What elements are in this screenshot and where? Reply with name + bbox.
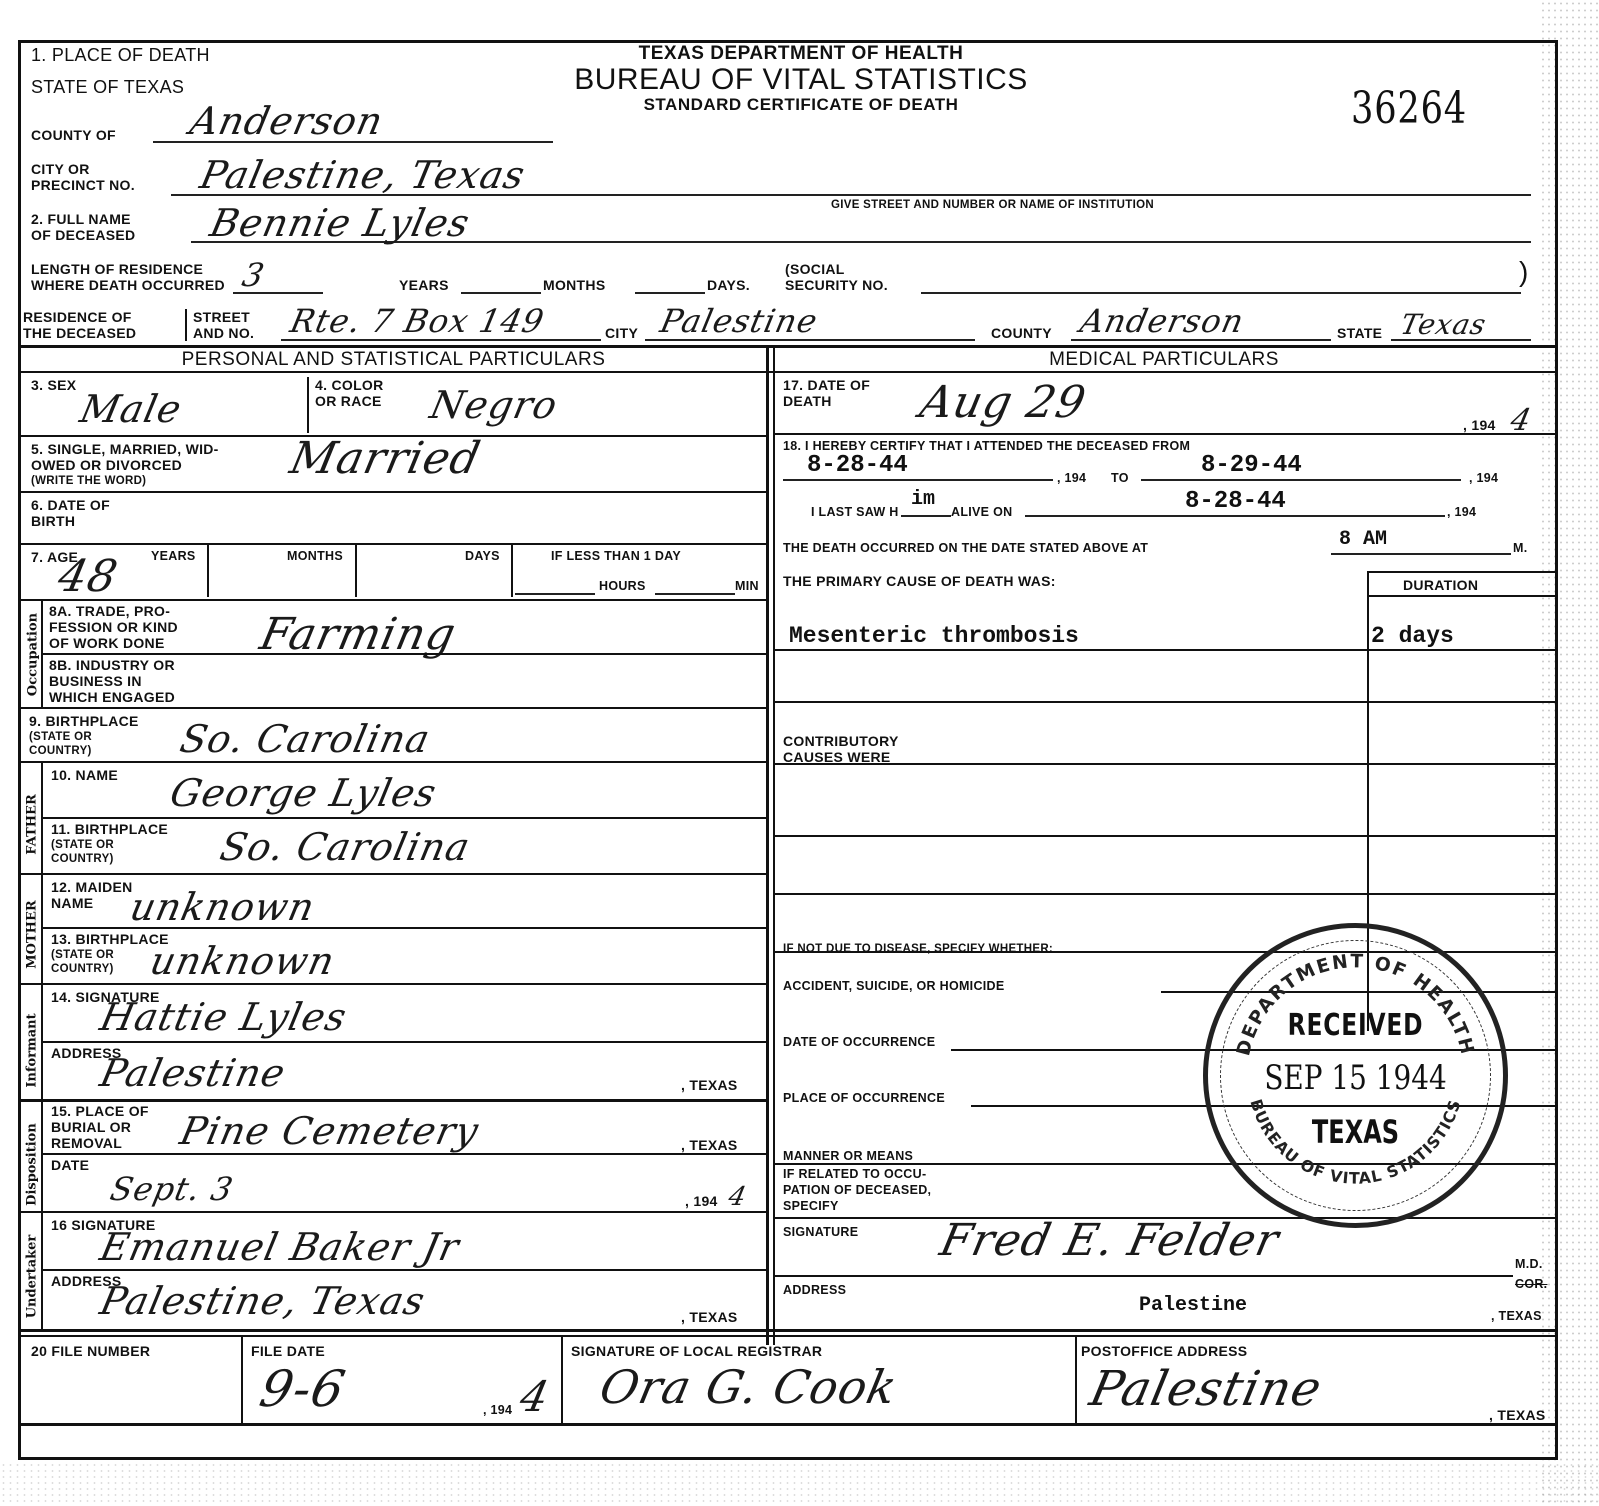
- last-saw-label: I LAST SAW H: [811, 505, 899, 520]
- full-name-label-1: 2. FULL NAME: [31, 211, 131, 227]
- physician-signature: Fred E. Felder: [937, 1221, 1283, 1261]
- undertaker-side-label: Undertaker: [25, 1232, 40, 1322]
- informant-side-label: Informant: [25, 1010, 40, 1092]
- father-birthplace-label-2: (STATE OR: [51, 839, 114, 852]
- age-hours-label: HOURS: [599, 579, 646, 594]
- race-label-1: 4. COLOR: [315, 377, 384, 393]
- date-occurrence-label: DATE OF OCCURRENCE: [783, 1035, 935, 1050]
- res-city-label: CITY: [605, 325, 638, 341]
- institution-note: GIVE STREET AND NUMBER OR NAME OF INSTIT…: [831, 199, 1154, 212]
- sex-label: 3. SEX: [31, 377, 76, 393]
- mother-birthplace-label-2: (STATE OR: [51, 949, 114, 962]
- residence-label-1: RESIDENCE OF: [23, 309, 132, 325]
- mother-birthplace-label-3: COUNTRY): [51, 963, 114, 976]
- occ-related-label-2: PATION OF DECEASED,: [783, 1183, 931, 1198]
- certificate-number: 36264: [1351, 83, 1467, 134]
- informant-texas-suffix: , TEXAS: [681, 1077, 738, 1093]
- dod-year-prefix: , 194: [1463, 417, 1496, 433]
- attended-to-year: , 194: [1469, 471, 1498, 486]
- county-of-label: COUNTY OF: [31, 127, 116, 143]
- mother-maiden-label-2: NAME: [51, 895, 93, 911]
- res-state-label: STATE: [1337, 325, 1382, 341]
- accident-label: ACCIDENT, SUICIDE, OR HOMICIDE: [783, 979, 1005, 994]
- registrar-signature: Ora G. Cook: [597, 1367, 901, 1407]
- marital-label-1: 5. SINGLE, MARRIED, WID-: [31, 441, 219, 457]
- received-stamp: DEPARTMENT OF HEALTH BUREAU OF VITAL STA…: [1203, 923, 1508, 1228]
- occupation-side-label: Occupation: [26, 605, 41, 705]
- father-name-label: 10. NAME: [51, 767, 118, 783]
- personal-section-title: PERSONAL AND STATISTICAL PARTICULARS: [21, 349, 766, 371]
- attended-from-value: 8-28-44: [807, 453, 908, 479]
- death-certificate: 1. PLACE OF DEATH STATE OF TEXAS TEXAS D…: [18, 40, 1558, 1460]
- sex-value: Male: [77, 389, 186, 429]
- residence-length-label-1: LENGTH OF RESIDENCE: [31, 261, 203, 277]
- last-saw-date: 8-28-44: [1185, 489, 1286, 515]
- physician-address-label: ADDRESS: [783, 1283, 846, 1298]
- mother-side-label: MOTHER: [25, 900, 40, 970]
- burial-year-prefix: , 194: [685, 1193, 718, 1209]
- occ-related-label-3: SPECIFY: [783, 1199, 839, 1214]
- duration-label: DURATION: [1403, 577, 1478, 593]
- city-label-2: PRECINCT NO.: [31, 177, 135, 193]
- disposition-side-label: Disposition: [25, 1118, 40, 1212]
- dob-label-1: 6. DATE OF: [31, 497, 110, 513]
- birthplace-label-3: COUNTRY): [29, 745, 92, 758]
- months-label: MONTHS: [543, 277, 605, 293]
- file-year-prefix: , 194: [483, 1403, 512, 1418]
- birthplace-label-1: 9. BIRTHPLACE: [29, 713, 139, 729]
- occurred-suffix: M.: [1513, 541, 1528, 556]
- industry-label-2: BUSINESS IN: [49, 673, 142, 689]
- place-occurrence-label: PLACE OF OCCURRENCE: [783, 1091, 945, 1106]
- age-min-label: MIN: [735, 579, 759, 594]
- state-of-texas-label: STATE OF TEXAS: [31, 79, 184, 95]
- postoffice-label: POSTOFFICE ADDRESS: [1081, 1343, 1247, 1359]
- residence-length-label-2: WHERE DEATH OCCURRED: [31, 277, 225, 293]
- age-months-label: MONTHS: [287, 549, 343, 564]
- trade-value: Farming: [257, 615, 460, 655]
- res-county-value: Anderson: [1077, 301, 1248, 341]
- father-birthplace-label-1: 11. BIRTHPLACE: [51, 821, 168, 837]
- md-label: M.D.: [1515, 1257, 1543, 1272]
- attended-to-value: 8-29-44: [1201, 453, 1302, 479]
- primary-cause-value: Mesenteric thrombosis: [789, 623, 1079, 649]
- dod-label-2: DEATH: [783, 393, 832, 409]
- undertaker-texas-suffix: , TEXAS: [681, 1309, 738, 1325]
- scan-noise-bottom: [0, 1462, 1599, 1506]
- file-year-digit: 4: [517, 1377, 553, 1417]
- father-side-label: FATHER: [25, 790, 40, 860]
- stamp-received: RECEIVED: [1240, 1008, 1470, 1043]
- birthplace-label-2: (STATE OR: [29, 731, 92, 744]
- years-label: YEARS: [399, 277, 449, 293]
- file-date-label: FILE DATE: [251, 1343, 325, 1359]
- trade-label-1: 8A. TRADE, PRO-: [49, 603, 170, 619]
- stamp-date: SEP 15 1944: [1235, 1058, 1477, 1098]
- ssn-label-1: (SOCIAL: [785, 261, 845, 277]
- full-name-label-2: OF DECEASED: [31, 227, 135, 243]
- file-number-label: 20 FILE NUMBER: [31, 1343, 150, 1359]
- primary-cause-duration: 2 days: [1371, 623, 1454, 649]
- postoffice-value: Palestine: [1087, 1369, 1326, 1409]
- dept-title: TEXAS DEPARTMENT OF HEALTH: [581, 43, 1021, 65]
- burial-label-1: 15. PLACE OF: [51, 1103, 149, 1119]
- attended-from-year: , 194: [1057, 471, 1086, 486]
- physician-address-value: Palestine: [1139, 1293, 1247, 1319]
- manner-label: MANNER OR MEANS: [783, 1149, 913, 1164]
- industry-label-1: 8B. INDUSTRY OR: [49, 657, 175, 673]
- last-saw-pronoun: im: [911, 487, 935, 513]
- burial-label-3: REMOVAL: [51, 1135, 122, 1151]
- trade-label-3: OF WORK DONE: [49, 635, 165, 651]
- mother-birthplace-label-1: 13. BIRTHPLACE: [51, 931, 169, 947]
- father-birthplace-value: So. Carolina: [217, 827, 474, 867]
- certificate-title: STANDARD CERTIFICATE OF DEATH: [561, 95, 1041, 115]
- street-label-1: STREET: [193, 309, 250, 325]
- city-of-death-value: Palestine, Texas: [197, 155, 529, 195]
- dod-label-1: 17. DATE OF: [783, 377, 870, 393]
- dod-year-digit: 4: [1507, 401, 1536, 441]
- file-date-value: 9-6: [257, 1369, 349, 1409]
- industry-label-3: WHICH ENGAGED: [49, 689, 175, 705]
- marital-label-2: OWED OR DIVORCED: [31, 457, 182, 473]
- father-name-value: George Lyles: [167, 773, 440, 813]
- residence-years-value: 3: [239, 255, 269, 295]
- registrar-label: SIGNATURE OF LOCAL REGISTRAR: [571, 1343, 822, 1359]
- place-of-death-label: 1. PLACE OF DEATH: [31, 47, 210, 63]
- last-saw-year: , 194: [1447, 505, 1476, 520]
- deceased-name-value: Bennie Lyles: [207, 203, 474, 243]
- county-of-death-value: Anderson: [187, 101, 387, 141]
- burial-place-value: Pine Cemetery: [177, 1111, 483, 1151]
- mother-maiden-label-1: 12. MAIDEN: [51, 879, 133, 895]
- age-less-label: IF LESS THAN 1 DAY: [551, 549, 681, 564]
- mother-maiden-value: unknown: [127, 887, 319, 927]
- age-years-label: YEARS: [151, 549, 196, 564]
- burial-label-2: BURIAL OR: [51, 1119, 131, 1135]
- trade-label-2: FESSION OR KIND: [49, 619, 178, 635]
- medical-section-title: MEDICAL PARTICULARS: [773, 349, 1555, 371]
- bureau-title: BUREAU OF VITAL STATISTICS: [501, 63, 1101, 97]
- street-label-2: AND NO.: [193, 325, 254, 341]
- contributory-label-1: CONTRIBUTORY: [783, 733, 899, 749]
- marital-label-3: (WRITE THE WORD): [31, 475, 146, 488]
- age-years-value: 48: [55, 557, 122, 597]
- race-value: Negro: [427, 385, 562, 425]
- residence-label-2: THE DECEASED: [23, 325, 136, 341]
- ssn-label-2: SECURITY NO.: [785, 277, 888, 293]
- burial-date-label: DATE: [51, 1157, 89, 1173]
- primary-cause-label: THE PRIMARY CAUSE OF DEATH WAS:: [783, 573, 1056, 589]
- res-county-label: COUNTY: [991, 325, 1052, 341]
- city-label-1: CITY OR: [31, 161, 90, 177]
- dob-label-2: BIRTH: [31, 513, 75, 529]
- occurred-label: THE DEATH OCCURRED ON THE DATE STATED AB…: [783, 541, 1148, 556]
- marital-value: Married: [287, 439, 484, 479]
- burial-texas-suffix: , TEXAS: [681, 1137, 738, 1153]
- informant-signature: Hattie Lyles: [97, 997, 351, 1037]
- physician-signature-label: SIGNATURE: [783, 1225, 858, 1240]
- occ-related-label-1: IF RELATED TO OCCU-: [783, 1167, 926, 1182]
- burial-date-value: Sept. 3: [107, 1169, 237, 1209]
- informant-address-value: Palestine: [97, 1053, 290, 1093]
- occurred-time-value: 8 AM: [1339, 527, 1387, 553]
- res-city-value: Palestine: [657, 301, 822, 341]
- father-birthplace-label-3: COUNTRY): [51, 853, 114, 866]
- race-label-2: OR RACE: [315, 393, 382, 409]
- date-of-death-value: Aug 29: [917, 383, 1090, 423]
- undertaker-address-value: Palestine, Texas: [97, 1281, 429, 1321]
- physician-texas-suffix: , TEXAS: [1491, 1309, 1542, 1324]
- not-disease-label: IF NOT DUE TO DISEASE, SPECIFY WHETHER:: [783, 943, 1053, 956]
- res-state-value: Texas: [1397, 305, 1490, 345]
- birthplace-value: So. Carolina: [177, 719, 434, 759]
- alive-on-label: ALIVE ON: [951, 505, 1012, 520]
- mother-birthplace-value: unknown: [147, 941, 339, 981]
- postoffice-texas-suffix: , TEXAS: [1489, 1407, 1546, 1423]
- street-value: Rte. 7 Box 149: [287, 301, 548, 341]
- undertaker-signature: Emanuel Baker Jr: [97, 1227, 463, 1267]
- attended-to-label: TO: [1111, 471, 1129, 486]
- cor-label: COR.: [1515, 1277, 1547, 1292]
- age-days-label: DAYS: [465, 549, 500, 564]
- days-label: DAYS.: [707, 277, 750, 293]
- stamp-state: TEXAS: [1245, 1113, 1466, 1151]
